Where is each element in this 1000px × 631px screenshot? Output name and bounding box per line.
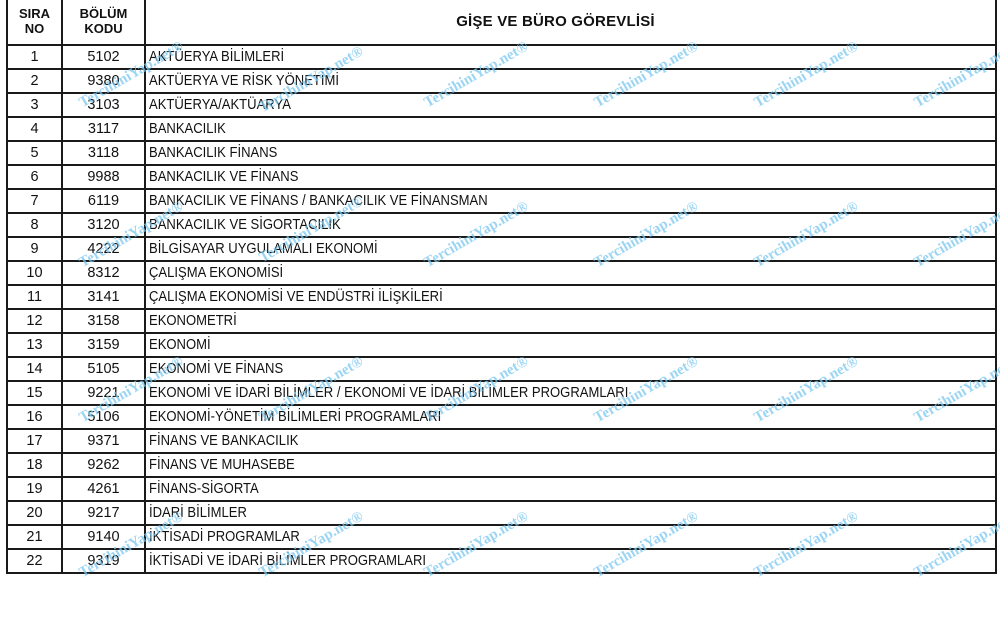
row-number: 8	[7, 213, 62, 237]
table-row: 76119BANKACILIK VE FİNANS / BANKACILIK V…	[7, 189, 996, 213]
program-code: 6119	[62, 189, 145, 213]
row-number: 14	[7, 357, 62, 381]
program-name: AKTÜERYA/AKTÜARYA	[149, 95, 291, 115]
program-name-cell: BİLGİSAYAR UYGULAMALI EKONOMİ	[145, 237, 996, 261]
program-code: 9217	[62, 501, 145, 525]
program-name: AKTÜERYA VE RİSK YÖNETİMİ	[149, 71, 339, 91]
header-title: GİŞE VE BÜRO GÖREVLİSİ	[145, 0, 996, 45]
program-code: 5102	[62, 45, 145, 69]
program-name-cell: AKTÜERYA VE RİSK YÖNETİMİ	[145, 69, 996, 93]
row-number: 17	[7, 429, 62, 453]
table-row: 179371FİNANS VE BANKACILIK	[7, 429, 996, 453]
table-row: 113141ÇALIŞMA EKONOMİSİ VE ENDÜSTRİ İLİŞ…	[7, 285, 996, 309]
program-code: 9988	[62, 165, 145, 189]
program-code: 5105	[62, 357, 145, 381]
table-row: 108312ÇALIŞMA EKONOMİSİ	[7, 261, 996, 285]
row-number: 6	[7, 165, 62, 189]
table-row: 219140İKTİSADİ PROGRAMLAR	[7, 525, 996, 549]
table-row: 133159EKONOMİ	[7, 333, 996, 357]
program-name: EKONOMİ-YÖNETİM BİLİMLERİ PROGRAMLARI	[149, 407, 441, 427]
program-code: 4261	[62, 477, 145, 501]
program-name-cell: BANKACILIK VE SİGORTACILIK	[145, 213, 996, 237]
row-number: 18	[7, 453, 62, 477]
program-code: 3103	[62, 93, 145, 117]
program-name: ÇALIŞMA EKONOMİSİ VE ENDÜSTRİ İLİŞKİLERİ	[149, 287, 443, 307]
program-name: FİNANS VE MUHASEBE	[149, 455, 295, 475]
table-row: 69988BANKACILIK VE FİNANS	[7, 165, 996, 189]
table-row: 15102AKTÜERYA BİLİMLERİ	[7, 45, 996, 69]
table-row: 33103AKTÜERYA/AKTÜARYA	[7, 93, 996, 117]
row-number: 7	[7, 189, 62, 213]
header-bolum-kodu-line2: KODU	[84, 21, 122, 36]
row-number: 12	[7, 309, 62, 333]
header-bolum-kodu: BÖLÜM KODU	[62, 0, 145, 45]
table-row: 43117BANKACILIK	[7, 117, 996, 141]
program-name-cell: BANKACILIK VE FİNANS	[145, 165, 996, 189]
program-name-cell: BANKACILIK VE FİNANS / BANKACILIK VE FİN…	[145, 189, 996, 213]
program-code: 3141	[62, 285, 145, 309]
row-number: 13	[7, 333, 62, 357]
program-code: 3159	[62, 333, 145, 357]
program-name: BANKACILIK VE FİNANS / BANKACILIK VE FİN…	[149, 191, 488, 211]
row-number: 1	[7, 45, 62, 69]
table-row: 194261FİNANS-SİGORTA	[7, 477, 996, 501]
program-code: 3118	[62, 141, 145, 165]
program-name: BANKACILIK	[149, 119, 226, 139]
program-code: 3158	[62, 309, 145, 333]
program-name: İKTİSADİ VE İDARİ BİLİMLER PROGRAMLARI	[149, 551, 426, 571]
row-number: 16	[7, 405, 62, 429]
program-code: 9319	[62, 549, 145, 573]
row-number: 15	[7, 381, 62, 405]
program-name: EKONOMETRİ	[149, 311, 237, 331]
program-name-cell: ÇALIŞMA EKONOMİSİ VE ENDÜSTRİ İLİŞKİLERİ	[145, 285, 996, 309]
program-name: İKTİSADİ PROGRAMLAR	[149, 527, 300, 547]
program-name-cell: İDARİ BİLİMLER	[145, 501, 996, 525]
program-name: EKONOMİ	[149, 335, 211, 355]
program-name: İDARİ BİLİMLER	[149, 503, 247, 523]
program-name-cell: İKTİSADİ VE İDARİ BİLİMLER PROGRAMLARI	[145, 549, 996, 573]
table-row: 159221EKONOMİ VE İDARİ BİLİMLER / EKONOM…	[7, 381, 996, 405]
program-name-cell: EKONOMİ-YÖNETİM BİLİMLERİ PROGRAMLARI	[145, 405, 996, 429]
program-name-cell: FİNANS VE MUHASEBE	[145, 453, 996, 477]
table-body: 15102AKTÜERYA BİLİMLERİ29380AKTÜERYA VE …	[7, 45, 996, 573]
row-number: 5	[7, 141, 62, 165]
program-name: EKONOMİ VE FİNANS	[149, 359, 283, 379]
program-name-cell: EKONOMİ VE İDARİ BİLİMLER / EKONOMİ VE İ…	[145, 381, 996, 405]
program-name-cell: FİNANS-SİGORTA	[145, 477, 996, 501]
row-number: 19	[7, 477, 62, 501]
header-bolum-kodu-line1: BÖLÜM	[80, 6, 128, 21]
row-number: 20	[7, 501, 62, 525]
program-code: 4222	[62, 237, 145, 261]
table-header-row: SIRA NO BÖLÜM KODU GİŞE VE BÜRO GÖREVLİS…	[7, 0, 996, 45]
table-row: 29380AKTÜERYA VE RİSK YÖNETİMİ	[7, 69, 996, 93]
program-name-cell: AKTÜERYA/AKTÜARYA	[145, 93, 996, 117]
program-name-cell: EKONOMİ	[145, 333, 996, 357]
header-sira-no-line1: SIRA	[19, 6, 50, 21]
table-row: 209217İDARİ BİLİMLER	[7, 501, 996, 525]
program-name-cell: EKONOMİ VE FİNANS	[145, 357, 996, 381]
program-name-cell: FİNANS VE BANKACILIK	[145, 429, 996, 453]
table-row: 83120BANKACILIK VE SİGORTACILIK	[7, 213, 996, 237]
program-name: BANKACILIK VE FİNANS	[149, 167, 298, 187]
program-code: 5106	[62, 405, 145, 429]
program-code: 9380	[62, 69, 145, 93]
program-name-cell: AKTÜERYA BİLİMLERİ	[145, 45, 996, 69]
table-row: 53118BANKACILIK FİNANS	[7, 141, 996, 165]
program-name: FİNANS VE BANKACILIK	[149, 431, 298, 451]
program-name-cell: İKTİSADİ PROGRAMLAR	[145, 525, 996, 549]
row-number: 2	[7, 69, 62, 93]
program-name-cell: EKONOMETRİ	[145, 309, 996, 333]
program-name: FİNANS-SİGORTA	[149, 479, 259, 499]
table-row: 145105EKONOMİ VE FİNANS	[7, 357, 996, 381]
program-name-cell: ÇALIŞMA EKONOMİSİ	[145, 261, 996, 285]
row-number: 3	[7, 93, 62, 117]
program-code: 3120	[62, 213, 145, 237]
row-number: 11	[7, 285, 62, 309]
table-row: 94222BİLGİSAYAR UYGULAMALI EKONOMİ	[7, 237, 996, 261]
table-row: 123158EKONOMETRİ	[7, 309, 996, 333]
document-page: SIRA NO BÖLÜM KODU GİŞE VE BÜRO GÖREVLİS…	[0, 0, 1000, 631]
table-row: 229319İKTİSADİ VE İDARİ BİLİMLER PROGRAM…	[7, 549, 996, 573]
program-name-cell: BANKACILIK	[145, 117, 996, 141]
program-name: ÇALIŞMA EKONOMİSİ	[149, 263, 283, 283]
program-code: 8312	[62, 261, 145, 285]
program-name: BANKACILIK VE SİGORTACILIK	[149, 215, 341, 235]
header-sira-no-line2: NO	[25, 21, 45, 36]
program-code: 9221	[62, 381, 145, 405]
program-name: BİLGİSAYAR UYGULAMALI EKONOMİ	[149, 239, 378, 259]
row-number: 10	[7, 261, 62, 285]
row-number: 21	[7, 525, 62, 549]
row-number: 22	[7, 549, 62, 573]
program-name: AKTÜERYA BİLİMLERİ	[149, 47, 284, 67]
program-code: 3117	[62, 117, 145, 141]
program-name: BANKACILIK FİNANS	[149, 143, 277, 163]
program-table: SIRA NO BÖLÜM KODU GİŞE VE BÜRO GÖREVLİS…	[6, 0, 997, 574]
program-code: 9140	[62, 525, 145, 549]
table-row: 165106EKONOMİ-YÖNETİM BİLİMLERİ PROGRAML…	[7, 405, 996, 429]
row-number: 9	[7, 237, 62, 261]
program-code: 9262	[62, 453, 145, 477]
header-sira-no: SIRA NO	[7, 0, 62, 45]
program-name: EKONOMİ VE İDARİ BİLİMLER / EKONOMİ VE İ…	[149, 383, 628, 403]
program-name-cell: BANKACILIK FİNANS	[145, 141, 996, 165]
program-code: 9371	[62, 429, 145, 453]
row-number: 4	[7, 117, 62, 141]
table-row: 189262FİNANS VE MUHASEBE	[7, 453, 996, 477]
